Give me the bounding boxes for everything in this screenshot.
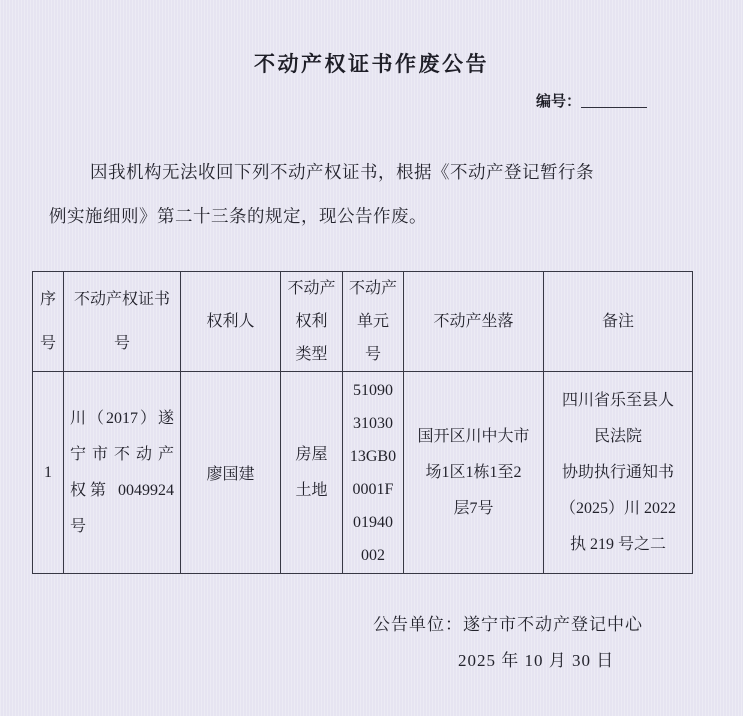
announcement-body: 因我机构无法收回下列不动产权证书，根据《不动产登记暂行条 例实施细则》第二十三条…	[49, 150, 664, 238]
cell-cert-no: 川（2017）遂 宁市不动产 权第 0049924 号	[64, 372, 181, 574]
cell-seq: 1	[33, 372, 64, 574]
header-right-type: 不动产 权利 类型	[281, 272, 343, 372]
header-holder: 权利人	[181, 272, 281, 372]
serial-number-label: 编号：	[536, 93, 581, 110]
cell-holder: 廖国建	[181, 372, 281, 574]
document-title: 不动产权证书作废公告	[0, 48, 743, 78]
date-line: 2025 年 10 月 30 日	[458, 646, 614, 671]
cell-location: 国开区川中大市 场1区1栋1至2 层7号	[404, 372, 544, 574]
cell-remarks: 四川省乐至县人 民法院 协助执行通知书 （2025）川 2022 执 219 号…	[544, 372, 693, 574]
serial-number-row: 编号：	[536, 90, 647, 111]
header-location: 不动产坐落	[404, 272, 544, 372]
table-header-row: 序 号 不动产权证书 号 权利人 不动产 权利 类型 不动产 单元 号 不动产坐…	[33, 272, 693, 372]
cell-unit-no: 51090 31030 13GB0 0001F 01940 002	[343, 372, 404, 574]
certificates-table: 序 号 不动产权证书 号 权利人 不动产 权利 类型 不动产 单元 号 不动产坐…	[32, 271, 693, 574]
cell-right-type: 房屋 土地	[281, 372, 343, 574]
header-remarks: 备注	[544, 272, 693, 372]
header-seq: 序 号	[33, 272, 64, 372]
body-line: 因我机构无法收回下列不动产权证书，根据《不动产登记暂行条	[49, 150, 664, 194]
issuer-line: 公告单位：遂宁市不动产登记中心	[373, 610, 643, 635]
header-cert-no: 不动产权证书 号	[64, 272, 181, 372]
serial-number-blank-line	[581, 93, 647, 108]
body-line: 例实施细则》第二十三条的规定，现公告作废。	[49, 194, 664, 238]
table-row: 1 川（2017）遂 宁市不动产 权第 0049924 号 廖国建 房屋 土地 …	[33, 372, 693, 574]
header-unit-no: 不动产 单元 号	[343, 272, 404, 372]
